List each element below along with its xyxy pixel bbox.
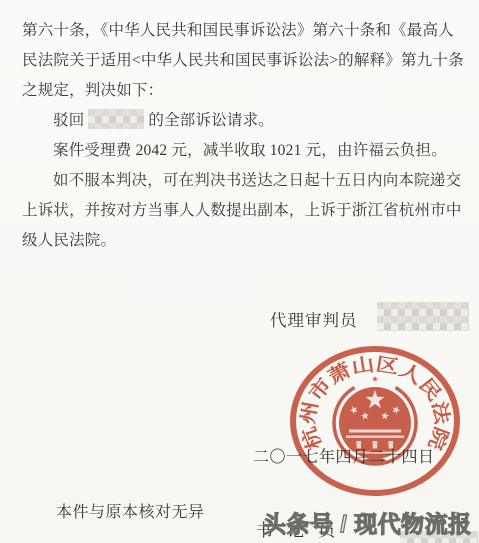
- court-seal-stamp: 杭州市萧山区人民法院: [287, 343, 463, 505]
- judgment-line-appeal-3: 级人民法院。: [22, 226, 461, 256]
- judgment-line-ruling-intro: 之规定，判决如下：: [22, 76, 461, 106]
- acting-judge-label: 代理审判员: [270, 307, 358, 331]
- judgment-line-statute-1: 第六十条，《中华人民共和国民事诉讼法》第六十条和《最高人: [22, 16, 461, 46]
- toutiao-channel-watermark: 头条号 / 现代物流报: [263, 506, 472, 539]
- judgment-line-ruling: 驳回的全部诉讼请求。: [22, 106, 461, 136]
- judgment-date: 二〇一七年四月二十四日: [253, 444, 435, 467]
- ruling-prefix: 驳回: [53, 112, 84, 129]
- ruling-suffix: 的全部诉讼请求。: [148, 112, 274, 129]
- redaction-judge-name: [377, 302, 469, 331]
- judgment-text-block: 第六十条，《中华人民共和国民事诉讼法》第六十条和《最高人 民法院关于适用<中华人…: [22, 16, 461, 256]
- copy-verification-note: 本件与原本核对无异: [56, 499, 205, 522]
- judgment-line-appeal-1: 如不服本判决，可在判决书送达之日起十五日内向本院递交: [22, 166, 461, 196]
- judgment-line-appeal-2: 上诉状，并按对方当事人人数提出副本，上诉于浙江省杭州市中: [22, 196, 461, 226]
- court-judgment-scan-page: 第六十条，《中华人民共和国民事诉讼法》第六十条和《最高人 民法院关于适用<中华人…: [0, 0, 479, 543]
- redaction-plaintiff-name: [88, 109, 144, 129]
- judgment-line-statute-2: 民法院关于适用<中华人民共和国民事诉讼法>的解释》第九十条: [22, 46, 461, 76]
- judgment-line-court-fee: 案件受理费 2042 元，减半收取 1021 元，由许福云负担。: [22, 136, 461, 166]
